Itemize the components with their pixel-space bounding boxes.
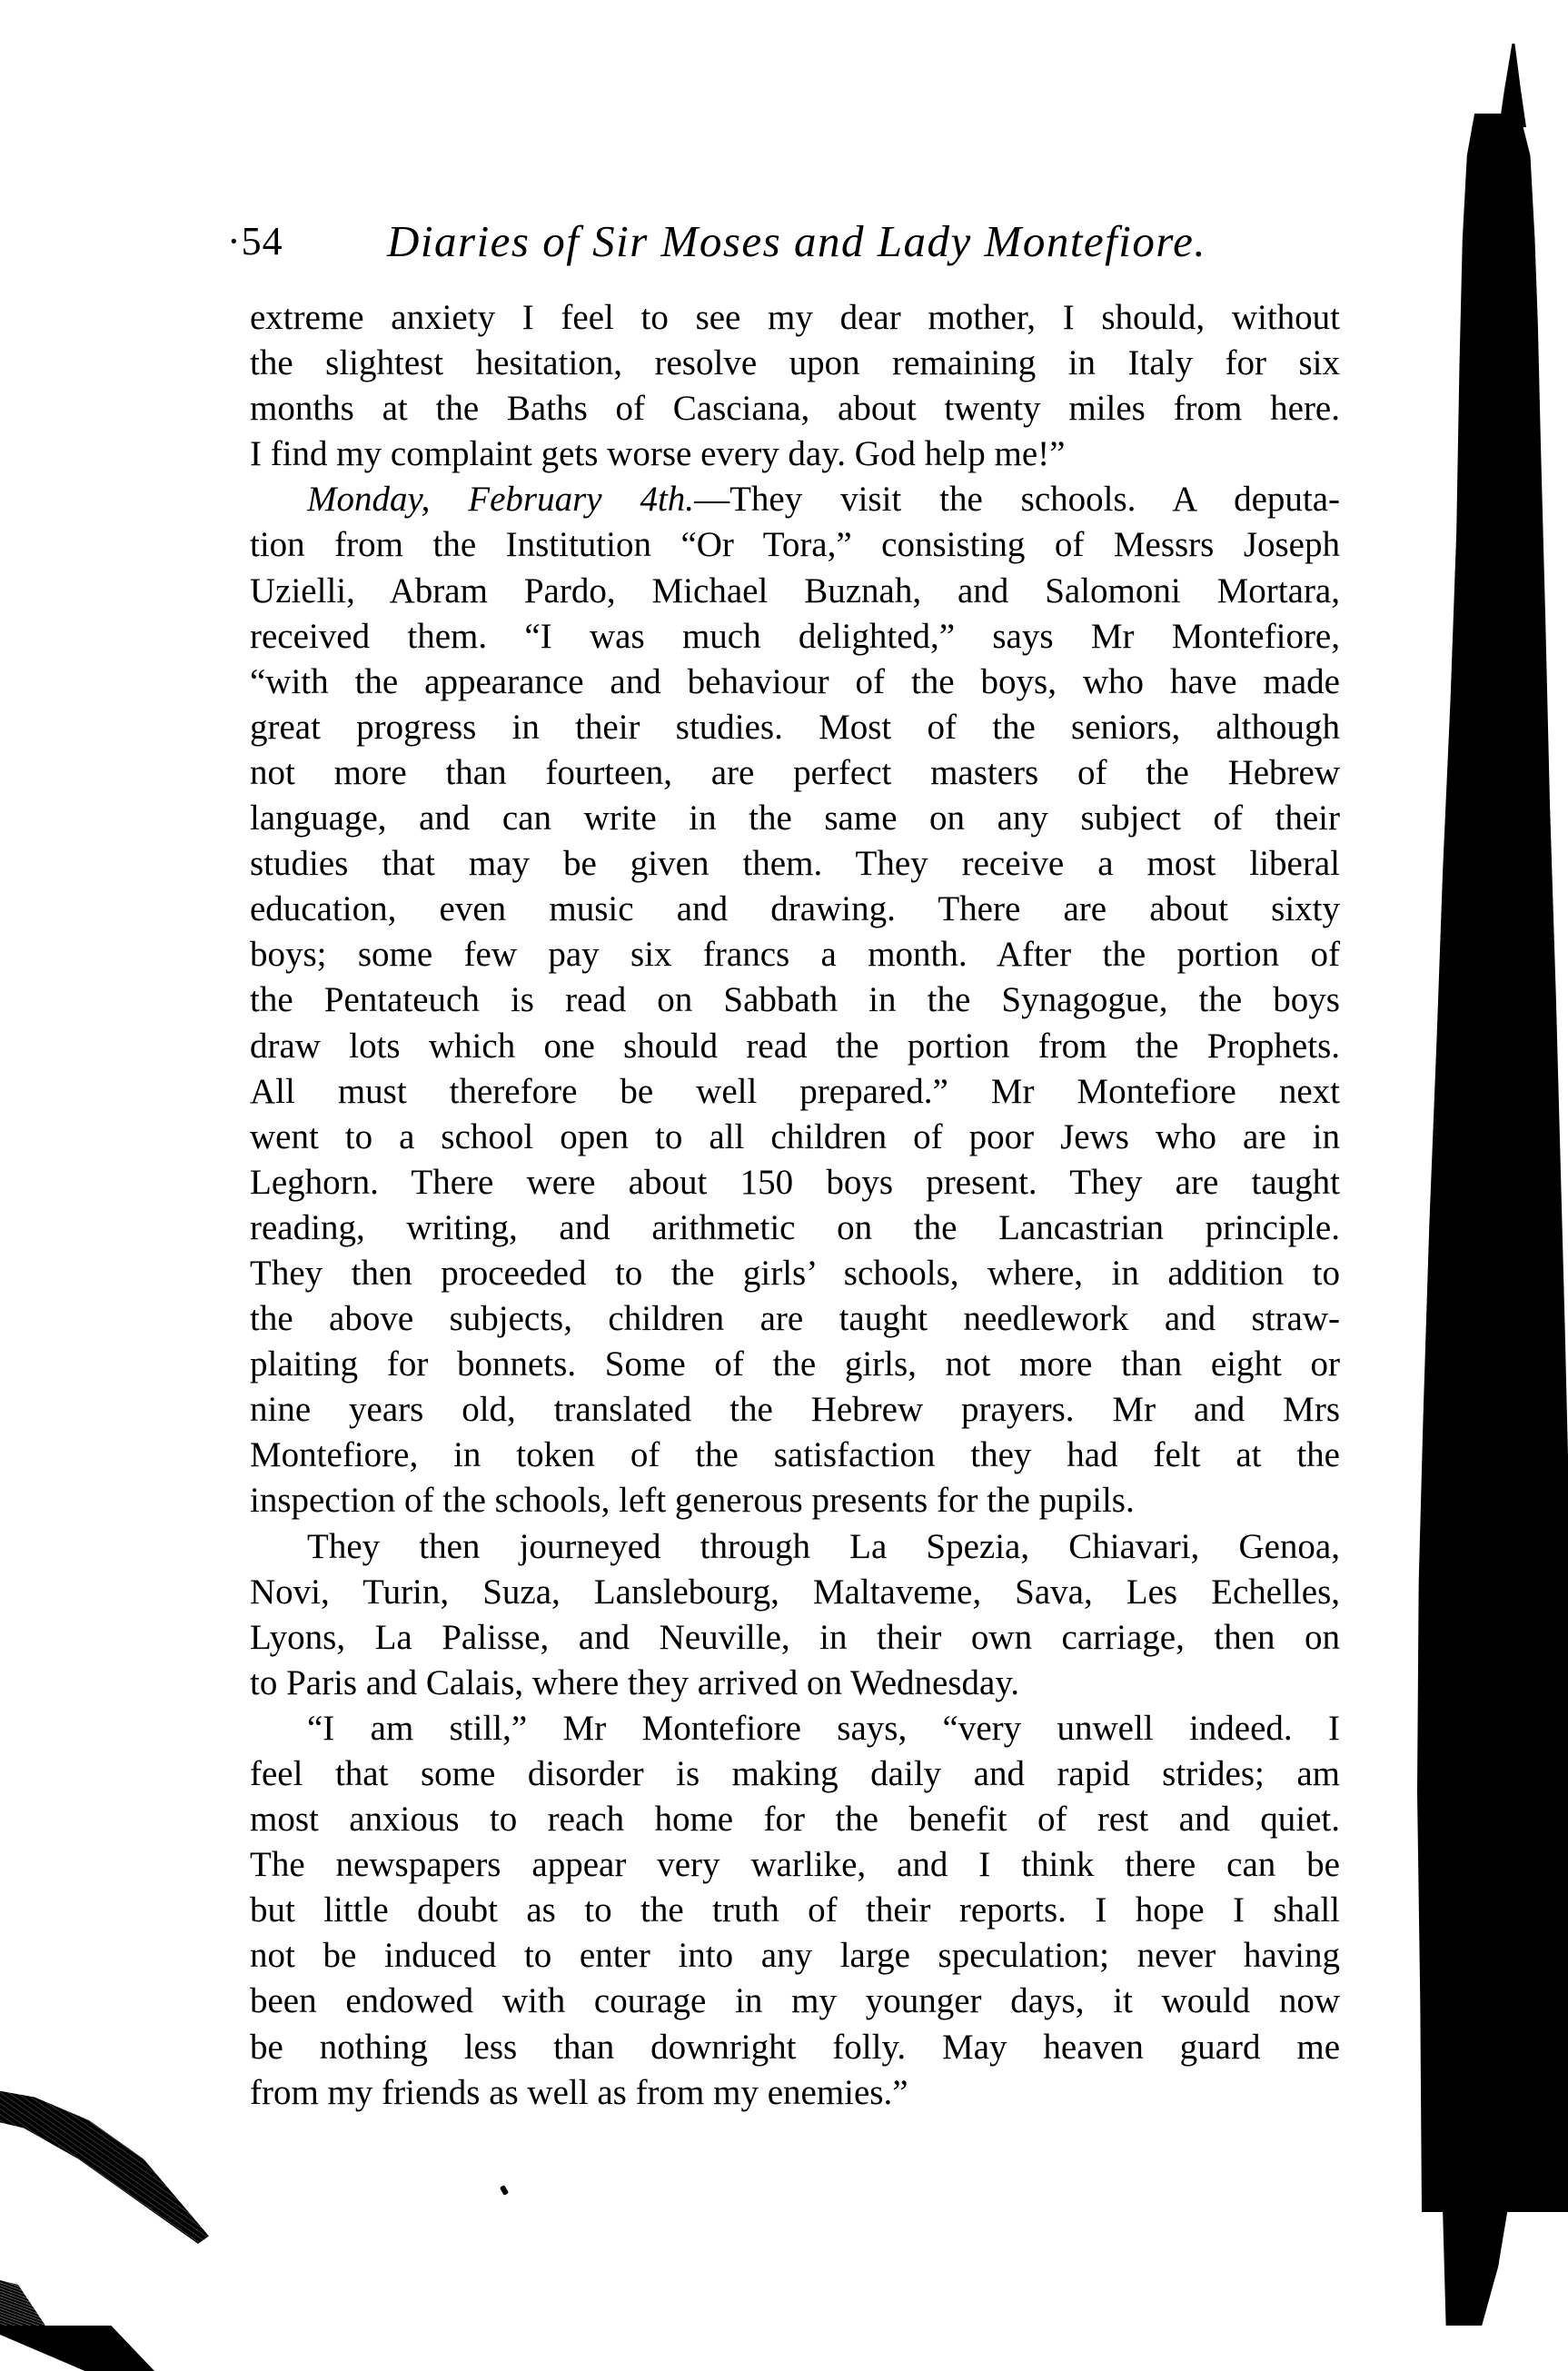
text-fragment: —They visit the schools. A deputa- — [694, 480, 1340, 519]
text-line: the Pentateuch is read on Sabbath in the… — [250, 977, 1340, 1023]
text-line: feel that some disorder is making daily … — [250, 1751, 1340, 1797]
text-line: the slightest hesitation, resolve upon r… — [250, 341, 1340, 386]
text-line: months at the Baths of Casciana, about t… — [250, 386, 1340, 432]
running-title: Diaries of Sir Moses and Lady Montefiore… — [387, 205, 1206, 278]
ink-speck — [500, 2185, 509, 2196]
text-line: tion from the Institution “Or Tora,” con… — [250, 522, 1340, 568]
text-line: studies that may be given them. They rec… — [250, 841, 1340, 887]
text-line: I find my complaint gets worse every day… — [250, 432, 1340, 477]
text-line: went to a school open to all children of… — [250, 1115, 1340, 1160]
text-line: They then journeyed through La Spezia, C… — [250, 1524, 1340, 1570]
text-line: nine years old, translated the Hebrew pr… — [250, 1387, 1340, 1433]
text-line: not more than fourteen, are perfect mast… — [250, 750, 1340, 796]
text-line: The newspapers appear very warlike, and … — [250, 1842, 1340, 1888]
text-line: language, and can write in the same on a… — [250, 796, 1340, 841]
text-line: not be induced to enter into any large s… — [250, 1933, 1340, 1979]
scan-smudge — [0, 2280, 45, 2326]
scan-edge-shadow — [1417, 114, 1568, 2212]
text-line: the above subjects, children are taught … — [250, 1296, 1340, 1342]
scan-corner-shadow — [0, 2326, 154, 2371]
text-line: been endowed with courage in my younger … — [250, 1979, 1340, 2024]
text-line: plaiting for bonnets. Some of the girls,… — [250, 1342, 1340, 1387]
scan-edge-shadow-foot — [1443, 2207, 1508, 2326]
text-line: “with the appearance and behaviour of th… — [250, 660, 1340, 705]
date-heading: Monday, February 4th. — [307, 480, 694, 519]
text-line: Montefiore, in token of the satisfaction… — [250, 1433, 1340, 1478]
text-line: reading, writing, and arithmetic on the … — [250, 1205, 1340, 1251]
text-line: education, even music and drawing. There… — [250, 887, 1340, 932]
text-line: boys; some few pay six francs a month. A… — [250, 932, 1340, 977]
text-line: from my friends as well as from my enemi… — [250, 2070, 1340, 2116]
text-line: Novi, Turin, Suza, Lanslebourg, Maltavem… — [250, 1570, 1340, 1615]
text-line: received them. “I was much delighted,” s… — [250, 614, 1340, 660]
scan-smudge — [0, 2089, 209, 2244]
text-line: great progress in their studies. Most of… — [250, 705, 1340, 750]
text-line: most anxious to reach home for the benef… — [250, 1797, 1340, 1842]
text-line-dated-entry: Monday, February 4th.—They visit the sch… — [250, 477, 1340, 522]
text-line: “I am still,” Mr Montefiore says, “very … — [250, 1706, 1340, 1751]
book-page: ·54 Diaries of Sir Moses and Lady Montef… — [0, 0, 1568, 2371]
running-head: ·54 Diaries of Sir Moses and Lady Montef… — [227, 205, 1363, 278]
text-line: Leghorn. There were about 150 boys prese… — [250, 1160, 1340, 1205]
text-line: be nothing less than downright folly. Ma… — [250, 2025, 1340, 2070]
text-line: They then proceeded to the girls’ school… — [250, 1251, 1340, 1296]
text-line: inspection of the schools, left generous… — [250, 1478, 1340, 1523]
body-text: extreme anxiety I feel to see my dear mo… — [250, 295, 1340, 2116]
text-line: Lyons, La Palisse, and Neuville, in thei… — [250, 1615, 1340, 1661]
page-number: ·54 — [227, 205, 283, 278]
text-line: but little doubt as to the truth of thei… — [250, 1888, 1340, 1933]
text-line: to Paris and Calais, where they arrived … — [250, 1661, 1340, 1706]
text-line: extreme anxiety I feel to see my dear mo… — [250, 295, 1340, 341]
text-line: Uzielli, Abram Pardo, Michael Buznah, an… — [250, 569, 1340, 614]
text-line: draw lots which one should read the port… — [250, 1024, 1340, 1069]
text-line: All must therefore be well prepared.” Mr… — [250, 1069, 1340, 1115]
